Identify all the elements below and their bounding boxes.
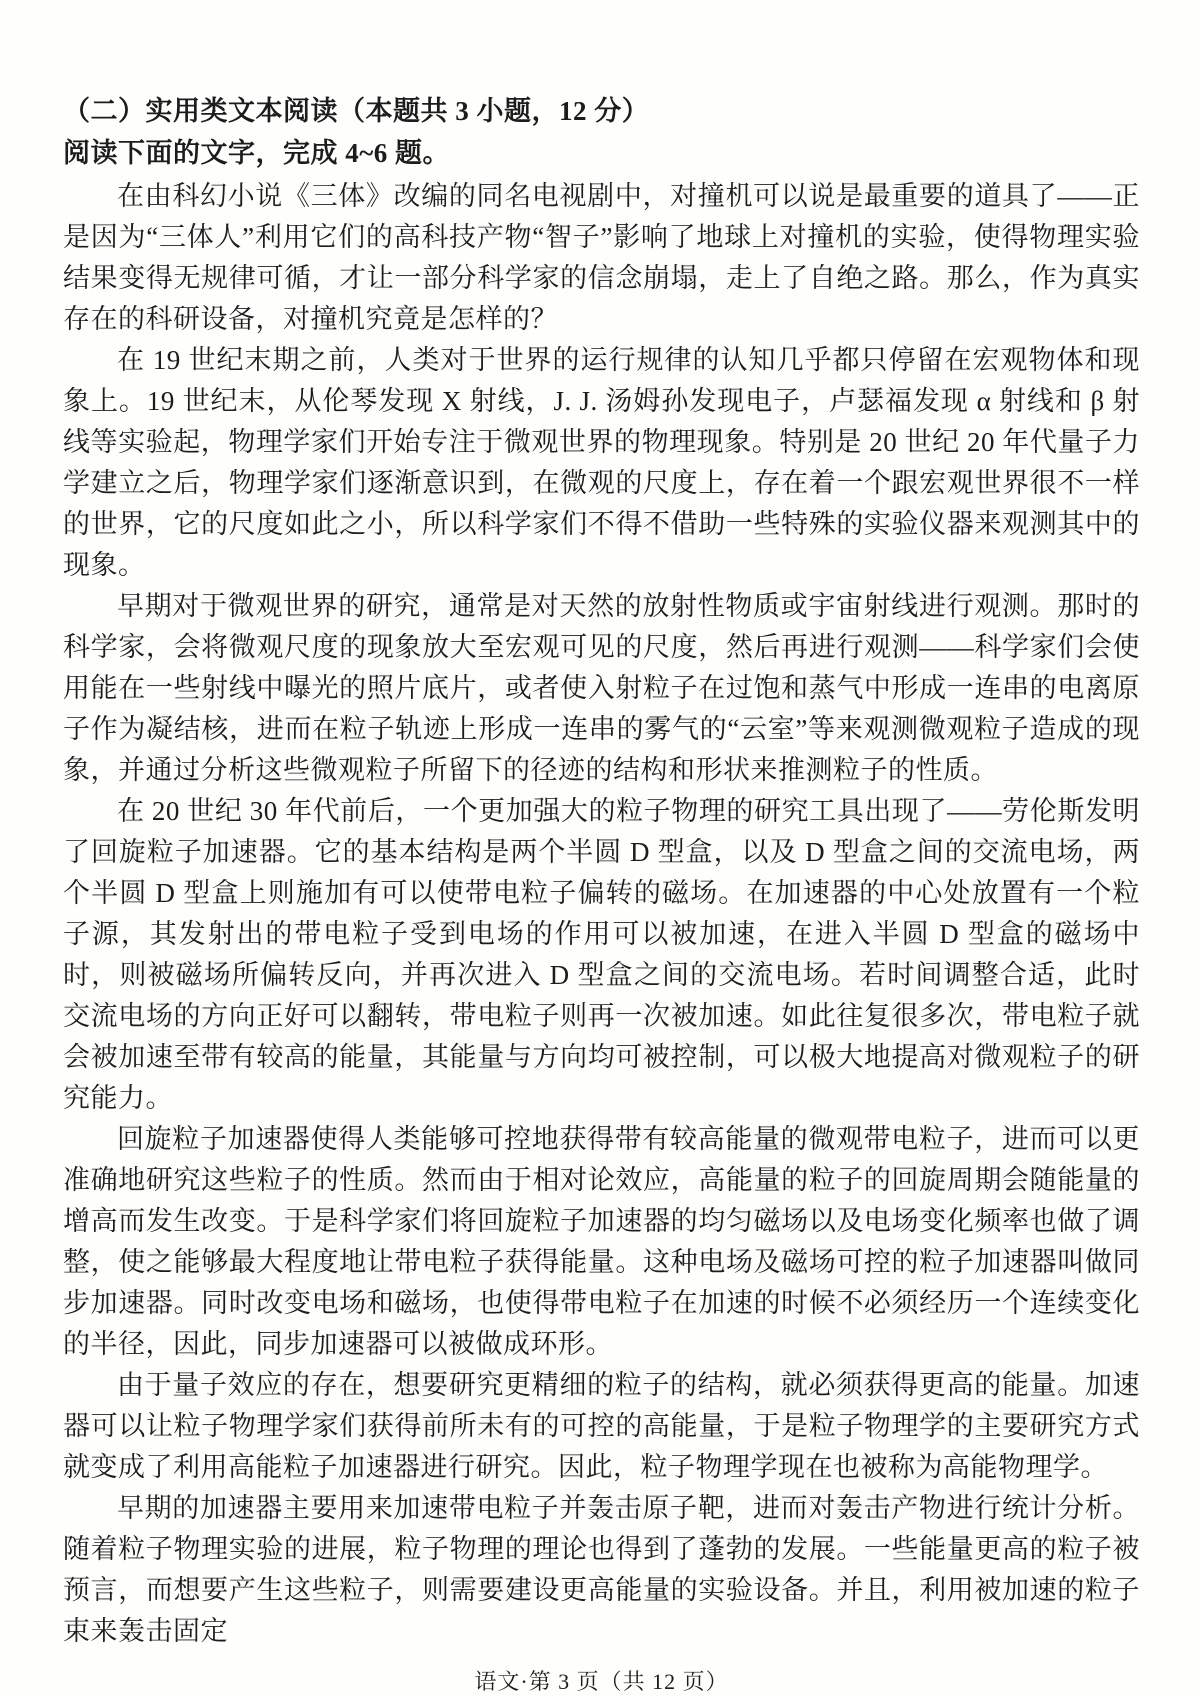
page-footer: 语文·第 3 页（共 12 页） <box>63 1667 1140 1697</box>
article-paragraph: 早期的加速器主要用来加速带电粒子并轰击原子靶，进而对轰击产物进行统计分析。随着粒… <box>63 1488 1140 1652</box>
reading-instruction: 阅读下面的文字，完成 4~6 题。 <box>63 132 1140 174</box>
article-paragraph: 在 19 世纪末期之前，人类对于世界的运行规律的认知几乎都只停留在宏观物体和现象… <box>63 340 1140 586</box>
article-paragraph: 在由科幻小说《三体》改编的同名电视剧中，对撞机可以说是最重要的道具了——正是因为… <box>63 176 1140 340</box>
exam-page: （二）实用类文本阅读（本题共 3 小题，12 分） 阅读下面的文字，完成 4~6… <box>0 0 1200 1697</box>
article-paragraph: 早期对于微观世界的研究，通常是对天然的放射性物质或宇宙射线进行观测。那时的科学家… <box>63 586 1140 791</box>
article-body: 在由科幻小说《三体》改编的同名电视剧中，对撞机可以说是最重要的道具了——正是因为… <box>63 176 1140 1652</box>
section-header: （二）实用类文本阅读（本题共 3 小题，12 分） <box>63 90 1140 132</box>
article-paragraph: 由于量子效应的存在，想要研究更精细的粒子的结构，就必须获得更高的能量。加速器可以… <box>63 1365 1140 1488</box>
article-paragraph: 在 20 世纪 30 年代前后，一个更加强大的粒子物理的研究工具出现了——劳伦斯… <box>63 791 1140 1119</box>
article-paragraph: 回旋粒子加速器使得人类能够可控地获得带有较高能量的微观带电粒子，进而可以更准确地… <box>63 1119 1140 1365</box>
